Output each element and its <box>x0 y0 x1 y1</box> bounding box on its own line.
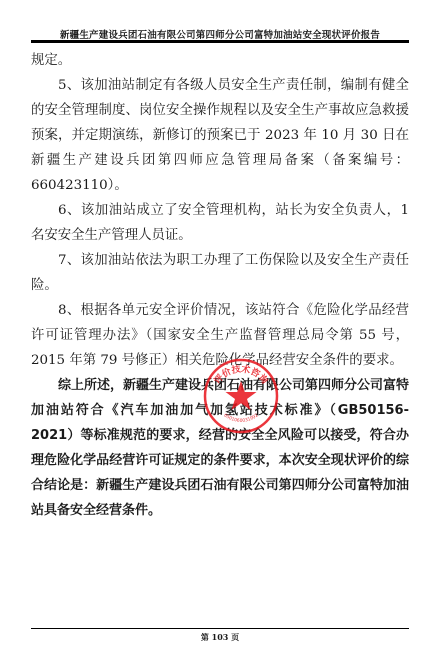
paragraph-item-7: 7、该加油站依法为职工办理了工伤保险以及安全生产责任险。 <box>31 248 409 298</box>
footer-divider <box>31 628 409 629</box>
paragraph-item-6: 6、该加油站成立了安全管理机构，站长为安全负责人，1 名安安全生产管理人员证。 <box>31 198 409 248</box>
document-body: 规定。 5、该加油站制定有各级人员安全生产责任制，编制有健全的安全管理制度、岗位… <box>31 48 409 523</box>
paragraph-continuation: 规定。 <box>31 48 409 73</box>
page-number: 第 103 页 <box>31 632 409 643</box>
paragraph-item-8: 8、根据各单元安全评价情况，该站符合《危险化学品经营许可证管理办法》（国家安全生… <box>31 298 409 373</box>
header-divider <box>31 40 409 43</box>
paragraph-item-5: 5、该加油站制定有各级人员安全生产责任制，编制有健全的安全管理制度、岗位安全操作… <box>31 73 409 198</box>
page-header-title: 新疆生产建设兵团石油有限公司第四师分公司富特加油站安全现状评价报告 <box>31 27 409 41</box>
paragraph-conclusion: 综上所述，新疆生产建设兵团石油有限公司第四师分公司富特加油站符合《汽车加油加气加… <box>31 373 409 523</box>
